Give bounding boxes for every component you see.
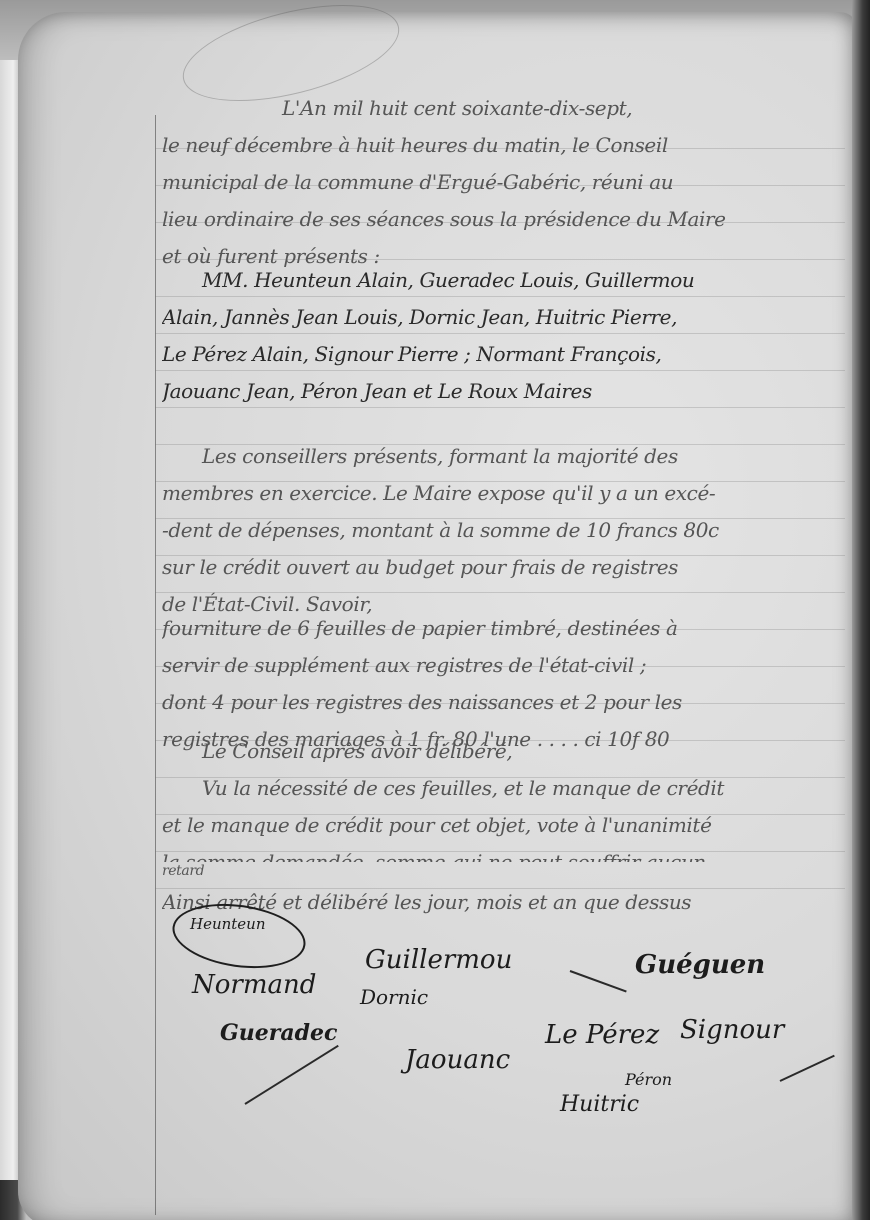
signature: Jaouanc bbox=[405, 1045, 510, 1075]
text-line: membres en exercice. Le Maire expose qu'… bbox=[162, 475, 842, 512]
signature: Dornic bbox=[360, 985, 428, 1009]
signature: Huitric bbox=[560, 1092, 639, 1117]
text-line: dont 4 pour les registres des naissances… bbox=[162, 684, 842, 721]
paragraph-opening: L'An mil huit cent soixante-dix-sept, le… bbox=[162, 90, 842, 275]
paragraph-deliberation: Le Conseil après avoir délibéré, Vu la n… bbox=[162, 733, 842, 921]
text-line: Alain, Jannès Jean Louis, Dornic Jean, H… bbox=[162, 299, 842, 336]
signature: Gueradec bbox=[220, 1020, 337, 1046]
paragraph-exposition: Les conseillers présents, formant la maj… bbox=[162, 438, 842, 623]
text-line: L'An mil huit cent soixante-dix-sept, bbox=[162, 90, 842, 127]
text-line: lieu ordinaire de ses séances sous la pr… bbox=[162, 201, 842, 238]
text-line: Le Conseil après avoir délibéré, bbox=[162, 733, 842, 770]
text-line: Jaouanc Jean, Péron Jean et Le Roux Mair… bbox=[162, 373, 842, 410]
signature: Le Pérez bbox=[545, 1020, 659, 1050]
book-binding bbox=[852, 0, 870, 1220]
signature: Guéguen bbox=[635, 950, 765, 980]
text-line: et le manque de crédit pour cet objet, v… bbox=[162, 807, 842, 844]
text-line: la somme demandée, somme qui ne peut sou… bbox=[162, 844, 842, 862]
text-line: MM. Heunteun Alain, Gueradec Louis, Guil… bbox=[162, 262, 842, 299]
text-line: -dent de dépenses, montant à la somme de… bbox=[162, 512, 842, 549]
text-line: Les conseillers présents, formant la maj… bbox=[162, 438, 842, 475]
text-line: Vu la nécessité de ces feuilles, et le m… bbox=[162, 770, 842, 807]
signature: Signour bbox=[680, 1015, 784, 1045]
margin-line bbox=[155, 115, 156, 1215]
text-line: Le Pérez Alain, Signour Pierre ; Normant… bbox=[162, 336, 842, 373]
text-line: fourniture de 6 feuilles de papier timbr… bbox=[162, 610, 842, 647]
text-line: servir de supplément aux registres de l'… bbox=[162, 647, 842, 684]
signature: Péron bbox=[625, 1070, 672, 1089]
signature: Normand bbox=[192, 970, 316, 1000]
text-line: le neuf décembre à huit heures du matin,… bbox=[162, 127, 842, 164]
paragraph-attendees: MM. Heunteun Alain, Gueradec Louis, Guil… bbox=[162, 262, 842, 410]
text-line: sur le crédit ouvert au budget pour frai… bbox=[162, 549, 842, 586]
signature: Heunteun bbox=[190, 915, 266, 933]
text-line: retard bbox=[162, 862, 842, 884]
text-line: municipal de la commune d'Ergué-Gabéric,… bbox=[162, 164, 842, 201]
signature: Guillermou bbox=[365, 945, 512, 975]
